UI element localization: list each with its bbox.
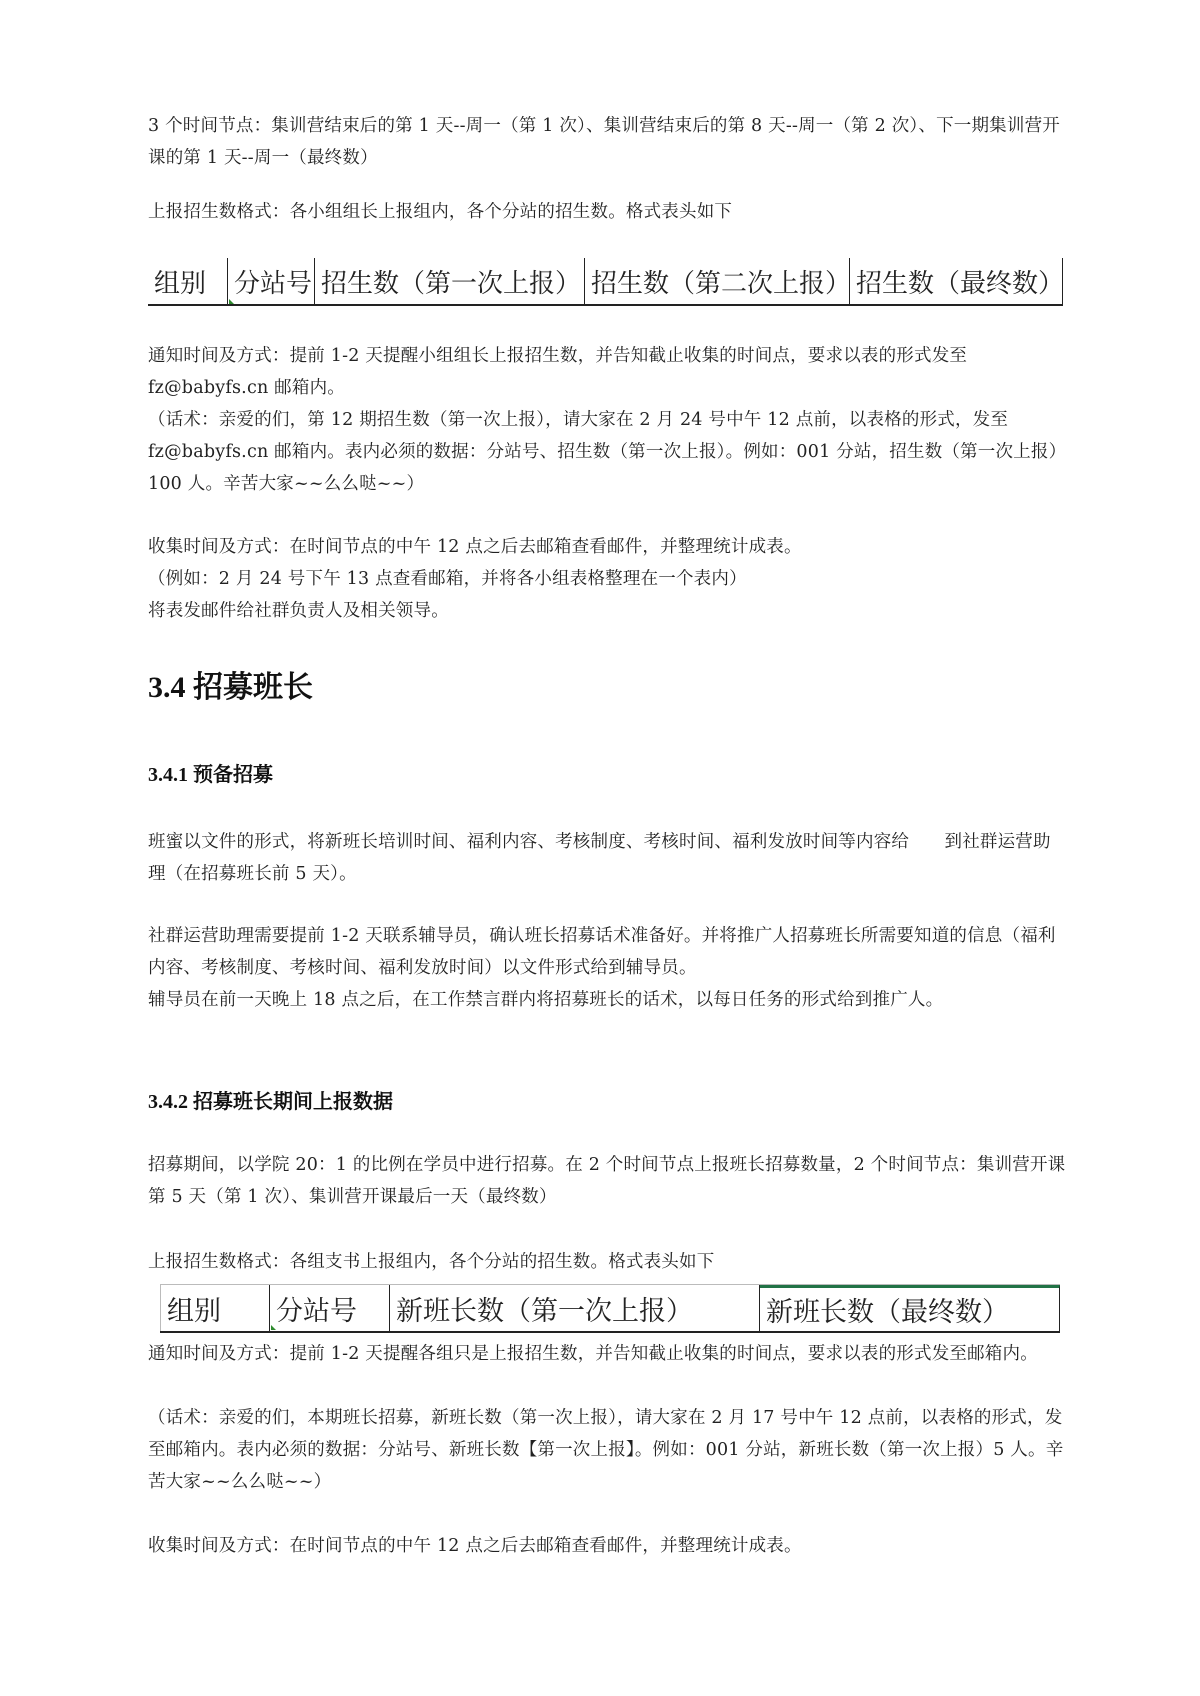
heading-3-4-2: 3.4.2 招募班长期间上报数据 — [148, 1085, 393, 1114]
table-header-cell: 组别 — [160, 1285, 270, 1331]
document-page: 3 个时间节点：集训营结束后的第 1 天--周一（第 1 次）、集训营结束后的第… — [0, 0, 1200, 1696]
paragraph-collect-2: 收集时间及方式：在时间节点的中午 12 点之后去邮箱查看邮件，并整理统计成表。 — [148, 1530, 1068, 1562]
table-header-new-monitors: 组别 分站号 新班长数（第一次上报） 新班长数（最终数） — [160, 1284, 1060, 1333]
paragraph-format-intro-2: 上报招生数格式：各组支书上报组内，各个分站的招生数。格式表头如下 — [148, 1246, 1068, 1278]
paragraph-format-intro: 上报招生数格式：各小组组长上报组内，各个分站的招生数。格式表头如下 — [148, 196, 1068, 228]
paragraph-recruit-period: 招募期间，以学院 20：1 的比例在学员中进行招募。在 2 个时间节点上报班长招… — [148, 1149, 1068, 1213]
table-header-enrollment: 组别 分站号 招生数（第一次上报） 招生数（第二次上报） 招生数（最终数） — [148, 258, 1063, 306]
paragraph-collect-send: 将表发邮件给社群负责人及相关领导。 — [148, 595, 1068, 627]
table-header-cell: 组别 — [148, 258, 228, 304]
table-header-cell: 招生数（第一次上报） — [315, 258, 585, 304]
paragraph-prep-2: 社群运营助理需要提前 1-2 天联系辅导员，确认班长招募话术准备好。并将推广人招… — [148, 920, 1068, 984]
cell-comment-marker-icon — [271, 1325, 276, 1330]
table-header-cell: 分站号 — [228, 258, 315, 304]
paragraph-collect: 收集时间及方式：在时间节点的中午 12 点之后去邮箱查看邮件，并整理统计成表。 — [148, 531, 1068, 563]
paragraph-script-2: （话术：亲爱的们，本期班长招募，新班长数（第一次上报），请大家在 2 月 17 … — [148, 1402, 1068, 1498]
heading-3-4: 3.4 招募班长 — [148, 662, 313, 706]
table-header-cell: 新班长数（第一次上报） — [390, 1285, 760, 1331]
table-header-cell: 招生数（第二次上报） — [585, 258, 850, 304]
paragraph-collect-example: （例如：2 月 24 号下午 13 点查看邮箱，并将各小组表格整理在一个表内） — [148, 563, 1068, 595]
paragraph-prep-3: 辅导员在前一天晚上 18 点之后，在工作禁言群内将招募班长的话术，以每日任务的形… — [148, 984, 1068, 1016]
paragraph-script: （话术：亲爱的们，第 12 期招生数（第一次上报），请大家在 2 月 24 号中… — [148, 404, 1068, 500]
paragraph-notify: 通知时间及方式：提前 1-2 天提醒小组组长上报招生数，并告知截止收集的时间点，… — [148, 340, 1068, 404]
cell-comment-marker-icon — [229, 299, 234, 304]
paragraph-time-nodes: 3 个时间节点：集训营结束后的第 1 天--周一（第 1 次）、集训营结束后的第… — [148, 110, 1068, 174]
table-header-cell: 招生数（最终数） — [850, 258, 1063, 304]
paragraph-notify-2: 通知时间及方式：提前 1-2 天提醒各组只是上报招生数，并告知截止收集的时间点，… — [148, 1338, 1068, 1370]
table-header-cell: 分站号 — [270, 1285, 390, 1331]
table-header-cell-selected: 新班长数（最终数） — [760, 1285, 1060, 1331]
paragraph-prep-1: 班蜜以文件的形式，将新班长培训时间、福利内容、考核制度、考核时间、福利发放时间等… — [148, 826, 1068, 890]
heading-3-4-1: 3.4.1 预备招募 — [148, 758, 273, 787]
